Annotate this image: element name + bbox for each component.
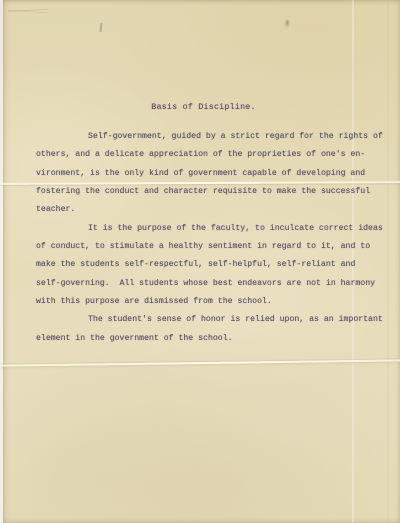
typed-line: vironment, is the only kind of governmen… xyxy=(36,165,386,183)
typed-line: teacher. xyxy=(36,201,386,219)
typed-line: element in the government of the school. xyxy=(36,330,386,348)
typed-line: The student's sense of honor is relied u… xyxy=(36,311,386,329)
typed-line: It is the purpose of the faculty, to inc… xyxy=(36,220,386,238)
pencil-mark-scribble xyxy=(8,8,48,13)
paper-sheet: Basis of Discipline. Self-government, gu… xyxy=(3,0,400,523)
pencil-mark-tick xyxy=(99,23,102,32)
typed-line: make the students self-respectful, self-… xyxy=(36,256,386,274)
fold-crease-bottom xyxy=(0,359,400,366)
typed-line: others, and a delicate appreciation of t… xyxy=(36,146,386,164)
document-body: Self-government, guided by a strict rega… xyxy=(36,128,386,348)
typed-line: fostering the conduct and character requ… xyxy=(36,183,386,201)
pencil-mark-smudge xyxy=(283,17,292,29)
paragraph-3: The student's sense of honor is relied u… xyxy=(36,311,386,348)
document-title: Basis of Discipline. xyxy=(36,102,371,112)
typed-line: of conduct, to stimulate a healthy senti… xyxy=(36,238,386,256)
typed-line: self-governing. All students whose best … xyxy=(36,275,386,293)
paper-vertical-streak xyxy=(387,0,389,523)
paragraph-2: It is the purpose of the faculty, to inc… xyxy=(36,220,386,312)
paragraph-1: Self-government, guided by a strict rega… xyxy=(36,128,386,220)
typed-line: Self-government, guided by a strict rega… xyxy=(36,128,386,146)
typed-line: with this purpose are dismissed from the… xyxy=(36,293,386,311)
scanned-page-background: Basis of Discipline. Self-government, gu… xyxy=(0,0,400,523)
